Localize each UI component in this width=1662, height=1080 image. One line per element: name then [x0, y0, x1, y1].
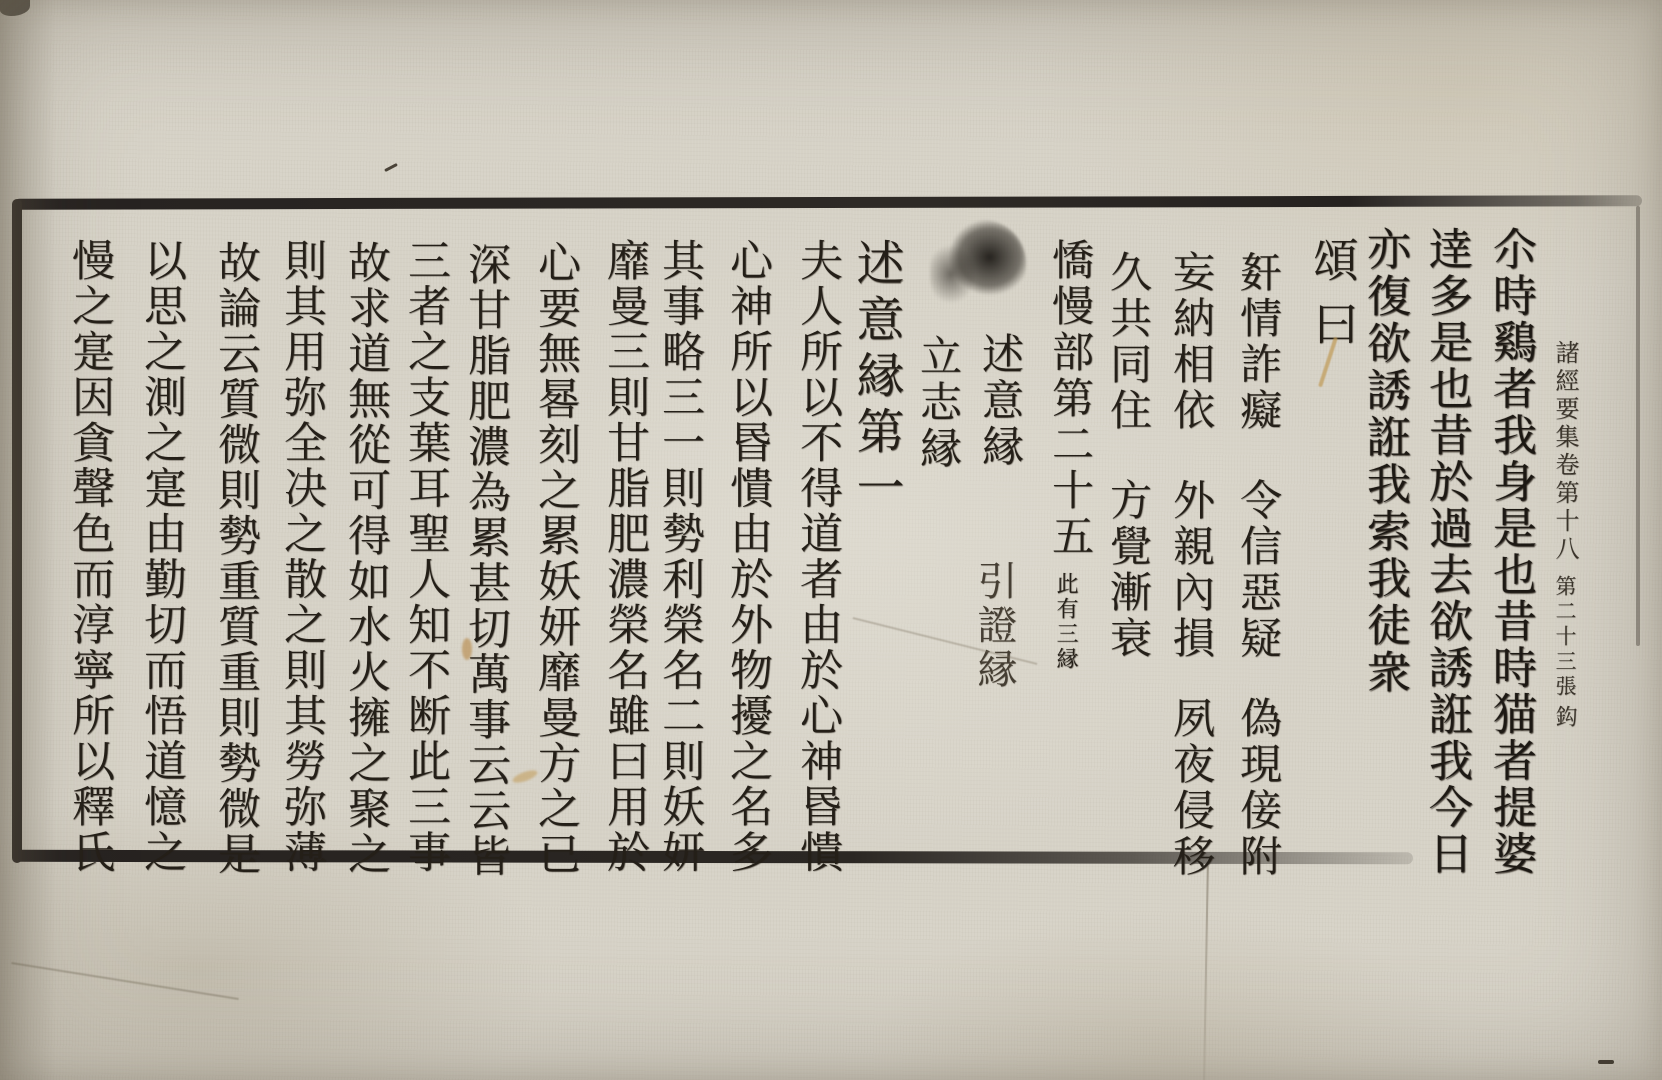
crease-bottom-left [11, 962, 238, 1000]
sheet-number: 第二十三張 [1550, 575, 1580, 700]
verse-line-1c: 偽現倿附 [1228, 696, 1288, 880]
main-column-11: 以思之測之寔由勤切而悟道憶之 [132, 238, 193, 875]
text-column-1: 尒時鷄者我身是也昔時猫者提婆 [1478, 226, 1542, 877]
scanned-page: 諸經要集卷第十八 第二十三張 鈎 尒時鷄者我身是也昔時猫者提婆 逹多是也昔於過去… [0, 0, 1662, 1080]
verse-line-2c: 夙夜侵移 [1161, 696, 1221, 880]
main-column-9: 則其用弥全决之散之則其勞弥薄 [272, 238, 333, 875]
main-column-5: 心要無晷刻之累妖妍靡曼方之已 [526, 240, 587, 877]
edge-dash [1598, 1060, 1614, 1064]
section-heading: 述意縁第一 [842, 238, 911, 518]
corner-nick [0, 0, 30, 16]
canon-title-column: 諸經要集卷第十八 [1548, 340, 1583, 564]
verse-line-2b: 外親內損 [1161, 478, 1221, 662]
verse-line-3a: 久共同住 [1098, 250, 1158, 434]
case-mark: 鈎 [1549, 705, 1580, 727]
main-column-6: 深甘脂肥濃為累甚切萬事云云皆 [456, 242, 517, 879]
main-column-2: 心神所以昬憒由於外物擾之名多 [718, 238, 779, 875]
list-item-lizhi: 立志縁 [908, 334, 968, 472]
main-column-8: 故求道無從可得如水火擁之聚之 [336, 240, 397, 877]
verse-marker: 頌曰 [1300, 236, 1366, 364]
text-column-2: 逹多是也昔於過去欲誘誑我今日 [1414, 226, 1478, 877]
left-margin-shade [0, 0, 56, 1080]
main-column-10: 故論云質微則勢重質重則勢微是 [206, 240, 267, 877]
part-note: 此有三縁 [1050, 572, 1081, 672]
list-item-yinzheng: 引證縁 [966, 560, 1023, 692]
ink-blob [930, 220, 1026, 318]
frame-top-border [14, 195, 1642, 209]
verse-line-2a: 妄納相依 [1161, 250, 1221, 434]
main-column-12: 慢之寔因貪聲色而淳寧所以釋氏 [60, 238, 121, 875]
list-item-shuyi: 述意縁 [970, 332, 1030, 470]
crease-vertical [1203, 866, 1209, 1080]
margin-tick [384, 163, 398, 172]
part-heading: 憍慢部第二十五 [1040, 238, 1100, 560]
verse-line-1a: 姧情詐癡 [1228, 250, 1288, 434]
main-column-1: 夫人所以不得道者由於心神昬憒 [788, 238, 849, 875]
main-column-4: 靡曼三則甘脂肥濃榮名雖曰用於 [595, 238, 656, 875]
frame-left-border [12, 199, 22, 863]
main-column-7: 三者之支葉耳聖人知不断此三事 [396, 238, 457, 875]
verse-line-3b: 方覺漸衰 [1098, 478, 1158, 662]
frame-right-border [1636, 206, 1640, 646]
main-column-3: 其事略三一則勢利榮名二則妖妍 [650, 238, 711, 875]
verse-line-1b: 令信惡疑 [1228, 478, 1288, 662]
